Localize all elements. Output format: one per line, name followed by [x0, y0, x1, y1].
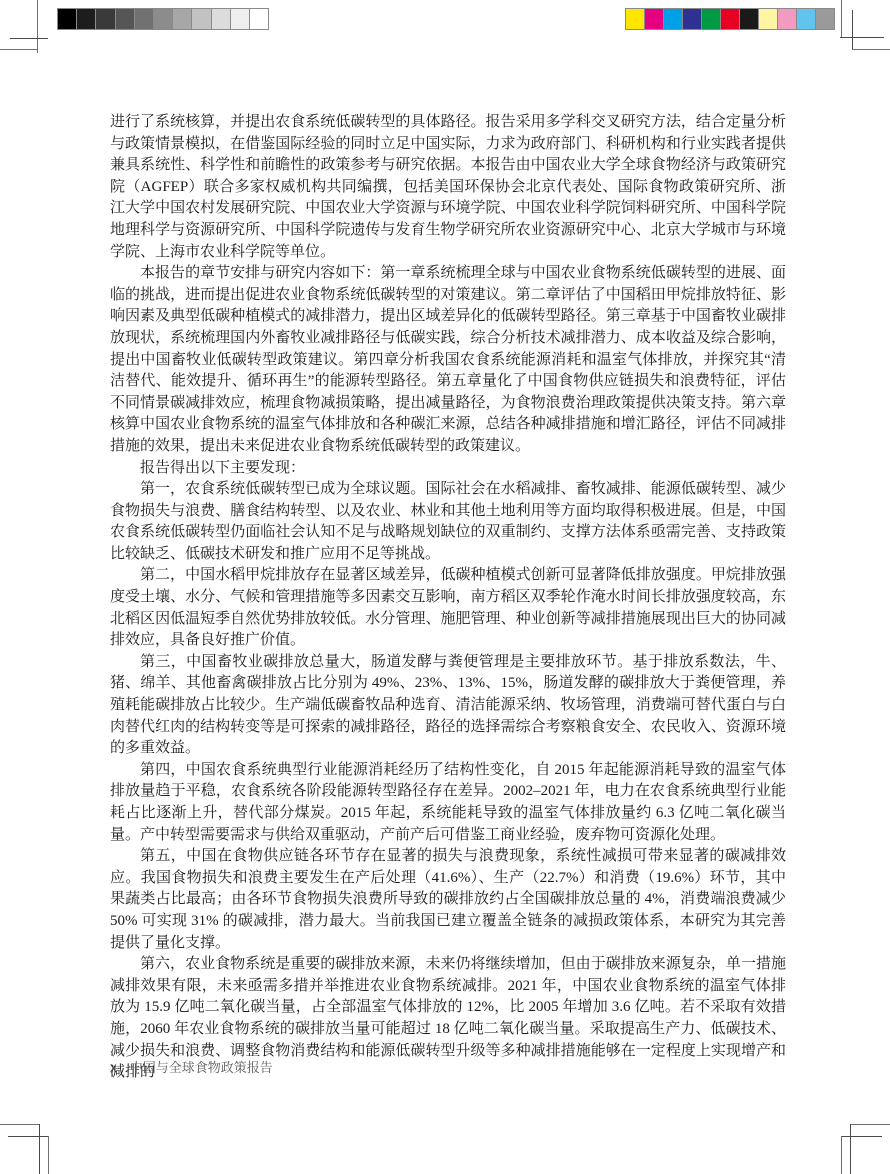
paragraph-finding-2: 第二，中国水稻甲烷排放存在显著区域差异，低碳种植模式创新可显著降低排放强度。甲烷…: [110, 565, 786, 651]
crop-mark-line: [0, 49, 38, 50]
crop-mark-line: [8, 1136, 48, 1137]
color-swatch: [778, 9, 797, 29]
crop-mark-bottom-left-icon: [0, 1114, 60, 1174]
crop-mark-line: [842, 1136, 882, 1137]
crop-mark-line: [37, 0, 38, 53]
footer-report-title: 中国与全球食物政策报告: [130, 1057, 273, 1076]
paragraph-chapter-overview: 本报告的章节安排与研究内容如下：第一章系统梳理全球与中国农业食物系统低碳转型的进…: [110, 263, 786, 457]
paragraph-findings-lead: 报告得出以下主要发现：: [110, 458, 786, 480]
page-footer: x 中国与全球食物政策报告: [110, 1057, 273, 1076]
crop-mark-line: [841, 0, 842, 38]
grayscale-swatch: [77, 9, 96, 29]
crop-mark-line: [48, 1136, 49, 1174]
color-swatch: [683, 9, 702, 29]
crop-mark-line: [10, 38, 48, 39]
crop-mark-line: [39, 1124, 40, 1174]
crop-mark-line: [840, 37, 884, 38]
color-swatch: [759, 9, 778, 29]
crop-mark-line: [852, 49, 890, 50]
grayscale-swatch: [58, 9, 77, 29]
page-number: x: [110, 1060, 117, 1075]
grayscale-swatch: [212, 9, 231, 29]
color-swatch: [721, 9, 740, 29]
document-body: 进行了系统核算，并提出农食系统低碳转型的具体路径。报告采用多学科交叉研究方法，结…: [110, 112, 786, 1084]
color-swatch: [740, 9, 759, 29]
crop-mark-line: [841, 1136, 842, 1174]
paragraph-finding-5: 第五，中国在食物供应链各环节存在显著的损失与浪费现象，系统性减损可带来显著的碳减…: [110, 846, 786, 954]
grayscale-swatch: [154, 9, 173, 29]
crop-mark-top-left-icon: [0, 0, 60, 60]
grayscale-calibration-bar: [57, 8, 269, 30]
color-swatch: [645, 9, 664, 29]
grayscale-swatch: [250, 9, 268, 29]
crop-mark-line: [851, 1124, 890, 1125]
printed-report-page: 进行了系统核算，并提出农食系统低碳转型的具体路径。报告采用多学科交叉研究方法，结…: [0, 0, 890, 1174]
color-swatch: [816, 9, 834, 29]
grayscale-swatch: [135, 9, 154, 29]
color-swatch: [664, 9, 683, 29]
color-calibration-bar: [625, 8, 835, 30]
crop-mark-bottom-right-icon: [830, 1114, 890, 1174]
paragraph-finding-1: 第一，农食系统低碳转型已成为全球议题。国际社会在水稻减排、畜牧减排、能源低碳转型…: [110, 479, 786, 565]
paragraph-finding-4: 第四，中国农食系统典型行业能源消耗经历了结构性变化，自 2015 年起能源消耗导…: [110, 760, 786, 846]
grayscale-swatch: [173, 9, 192, 29]
color-swatch: [702, 9, 721, 29]
color-swatch: [626, 9, 645, 29]
grayscale-swatch: [96, 9, 115, 29]
paragraph-continuation: 进行了系统核算，并提出农食系统低碳转型的具体路径。报告采用多学科交叉研究方法，结…: [110, 112, 786, 263]
grayscale-swatch: [116, 9, 135, 29]
crop-mark-line: [852, 10, 853, 50]
crop-mark-line: [850, 1124, 851, 1174]
grayscale-swatch: [231, 9, 250, 29]
color-swatch: [797, 9, 816, 29]
paragraph-finding-3: 第三，中国畜牧业碳排放总量大，肠道发酵与粪便管理是主要排放环节。基于排放系数法，…: [110, 652, 786, 760]
grayscale-swatch: [192, 9, 211, 29]
crop-mark-line: [0, 1124, 39, 1125]
crop-mark-top-right-icon: [830, 0, 890, 60]
